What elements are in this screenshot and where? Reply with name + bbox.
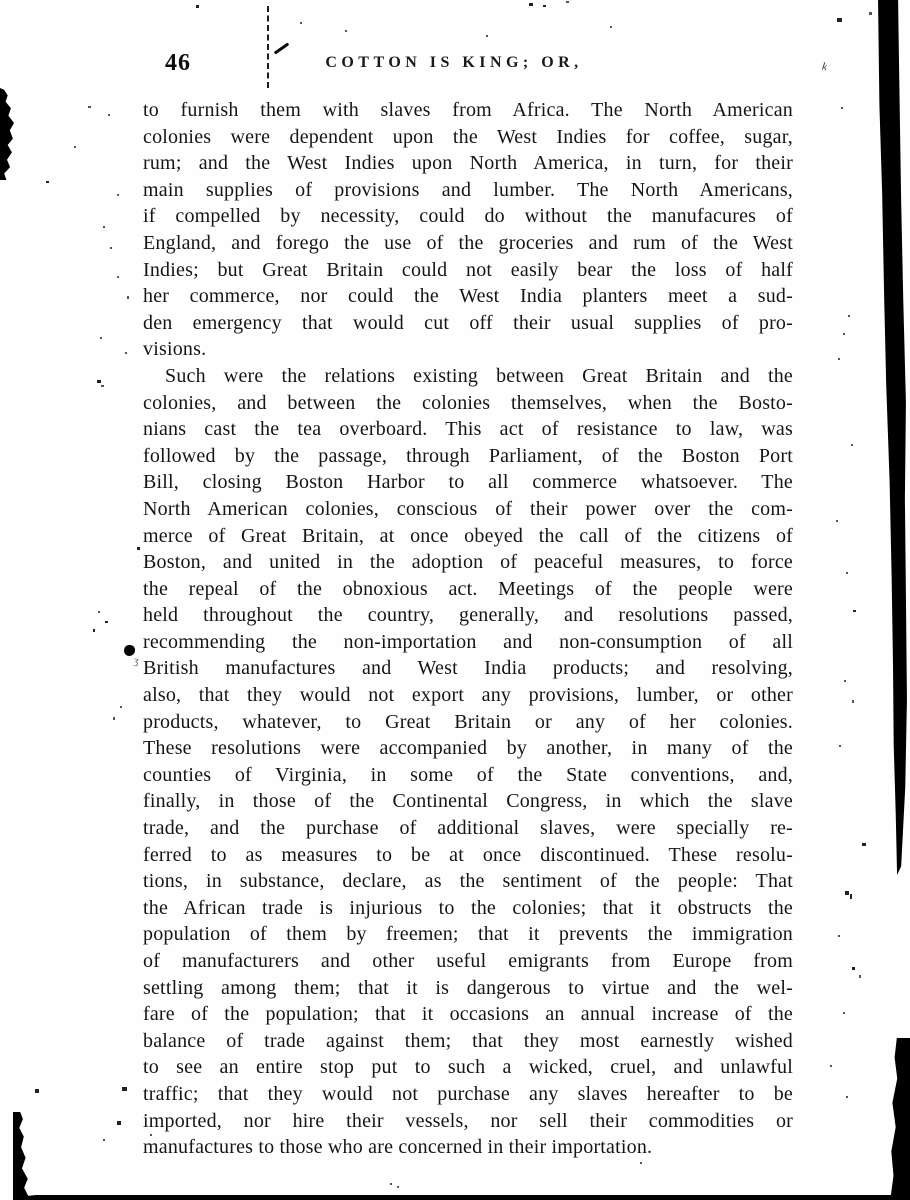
scan-speck <box>103 226 105 228</box>
scan-speck <box>837 18 842 22</box>
scan-speck <box>610 26 612 28</box>
scan-bar-right-lower <box>888 1038 910 1200</box>
text-line: Boston, and united in the adoption of pe… <box>143 549 793 576</box>
scan-speck <box>529 3 533 6</box>
text-line: visions. <box>143 336 793 363</box>
scan-speck <box>836 520 838 522</box>
scan-speck <box>120 706 122 708</box>
text-line: the African trade is injurious to the co… <box>143 895 793 922</box>
text-line: balance of trade against them; that they… <box>143 1028 793 1055</box>
text-line: her commerce, nor could the West India p… <box>143 283 793 310</box>
scan-speck <box>566 1 569 3</box>
text-line: settling among them; that it is dangerou… <box>143 975 793 1002</box>
text-line: imported, nor hire their vessels, nor se… <box>143 1108 793 1135</box>
text-line: These resolutions were accompanied by an… <box>143 735 793 762</box>
text-line: fare of the population; that it occasion… <box>143 1001 793 1028</box>
scan-speck <box>844 680 846 682</box>
scan-speck <box>843 1012 845 1014</box>
text-line: ferred to as measures to be at once disc… <box>143 842 793 869</box>
text-line: traffic; that they would not purchase an… <box>143 1081 793 1108</box>
page-header: 46 COTTON IS KING; OR, <box>143 50 793 80</box>
scan-speck <box>98 611 100 613</box>
scan-speck <box>830 1065 832 1067</box>
text-line: population of them by freemen; that it p… <box>143 921 793 948</box>
text-line: British manufactures and West India prod… <box>143 655 793 682</box>
scan-speck <box>850 894 852 899</box>
scan-speck <box>117 194 119 196</box>
scan-speck <box>127 296 129 299</box>
book-page: 46 COTTON IS KING; OR, to furnish them w… <box>0 0 910 1200</box>
text-line: Indies; but Great Britain could not easi… <box>143 257 793 284</box>
scan-speck <box>397 1186 399 1188</box>
scan-speck <box>851 444 853 446</box>
ink-dot <box>124 645 135 656</box>
scan-speck <box>390 1183 392 1185</box>
text-line: main supplies of provisions and lumber. … <box>143 177 793 204</box>
text-block: to furnish them with slaves from Africa.… <box>143 97 793 1161</box>
scan-speck <box>74 146 76 148</box>
margin-glyph-mark: k <box>821 61 828 74</box>
scan-speck <box>100 337 102 339</box>
scan-speck <box>839 745 841 747</box>
scan-speck <box>137 547 140 550</box>
text-line: rum; and the West Indies upon North Amer… <box>143 150 793 177</box>
scan-speck <box>838 935 840 937</box>
scan-speck <box>110 247 112 249</box>
scan-speck <box>113 717 115 720</box>
text-line: if compelled by necessity, could do with… <box>143 203 793 230</box>
text-line: merce of Great Britain, at once obeyed t… <box>143 523 793 550</box>
scan-speck <box>300 22 302 24</box>
text-line: also, that they would not export any pro… <box>143 682 793 709</box>
text-line: colonies were dependent upon the West In… <box>143 124 793 151</box>
scan-speck <box>852 967 855 970</box>
scan-speck <box>122 1087 127 1091</box>
text-line: den emergency that would cut off their u… <box>143 310 793 337</box>
text-line: North American colonies, conscious of th… <box>143 496 793 523</box>
scan-speck <box>859 975 861 978</box>
scan-speck <box>93 629 95 632</box>
text-line: held throughout the country, generally, … <box>143 602 793 629</box>
scan-speck <box>196 5 199 8</box>
scan-speck <box>345 30 347 32</box>
text-line: tions, in substance, declare, as the sen… <box>143 868 793 895</box>
ink-ghost-mark: ʒ <box>133 655 140 668</box>
text-line: the repeal of the obnoxious act. Meeting… <box>143 576 793 603</box>
text-line: nians cast the tea overboard. This act o… <box>143 416 793 443</box>
scan-speck <box>97 380 101 383</box>
scan-speck <box>35 1089 39 1093</box>
scan-speck <box>117 1121 121 1125</box>
scan-speck <box>543 5 546 7</box>
text-line: colonies, and between the colonies thems… <box>143 390 793 417</box>
text-line: England, and forego the use of the groce… <box>143 230 793 257</box>
scan-speck <box>486 35 488 37</box>
text-line: products, whatever, to Great Britain or … <box>143 709 793 736</box>
scan-dashed-line <box>267 6 269 88</box>
scan-speck <box>103 1139 105 1141</box>
text-line: Such were the relations existing between… <box>143 363 793 390</box>
scan-speck <box>640 1162 642 1164</box>
scan-speck <box>845 891 849 895</box>
scan-speck <box>848 315 850 317</box>
scan-strip-left-bottom <box>13 1112 31 1200</box>
scan-speck <box>862 843 866 846</box>
scan-speck <box>869 12 872 15</box>
text-line: counties of Virginia, in some of the Sta… <box>143 762 793 789</box>
scan-speck <box>117 276 119 278</box>
scan-speck <box>46 181 49 183</box>
text-line: followed by the passage, through Parliam… <box>143 443 793 470</box>
text-line: Bill, closing Boston Harbor to all comme… <box>143 469 793 496</box>
running-header-title: COTTON IS KING; OR, <box>143 54 765 72</box>
scan-speck <box>843 333 845 335</box>
text-line: finally, in those of the Continental Con… <box>143 788 793 815</box>
text-line: of manufacturers and other useful emigra… <box>143 948 793 975</box>
scan-speck <box>846 572 848 574</box>
scan-speck <box>105 621 108 623</box>
text-line: trade, and the purchase of additional sl… <box>143 815 793 842</box>
text-line: recommending the non-importation and non… <box>143 629 793 656</box>
text-line: to see an entire stop put to such a wick… <box>143 1054 793 1081</box>
scan-speck <box>88 106 91 108</box>
scan-speck <box>150 1134 152 1136</box>
scan-bar-bottom <box>18 1195 910 1200</box>
scan-speck <box>838 358 840 360</box>
scan-speck <box>852 700 854 703</box>
text-line: to furnish them with slaves from Africa.… <box>143 97 793 124</box>
scan-speck <box>125 352 127 354</box>
scan-speck <box>853 610 856 612</box>
text-line: manufactures to those who are concerned … <box>143 1134 793 1161</box>
scan-speck <box>108 114 110 116</box>
scan-speck <box>101 385 104 387</box>
scan-speck <box>846 1096 848 1098</box>
scan-bar-right-upper <box>876 0 910 875</box>
scan-speck <box>841 107 843 109</box>
scan-blob-left-top <box>0 88 14 180</box>
